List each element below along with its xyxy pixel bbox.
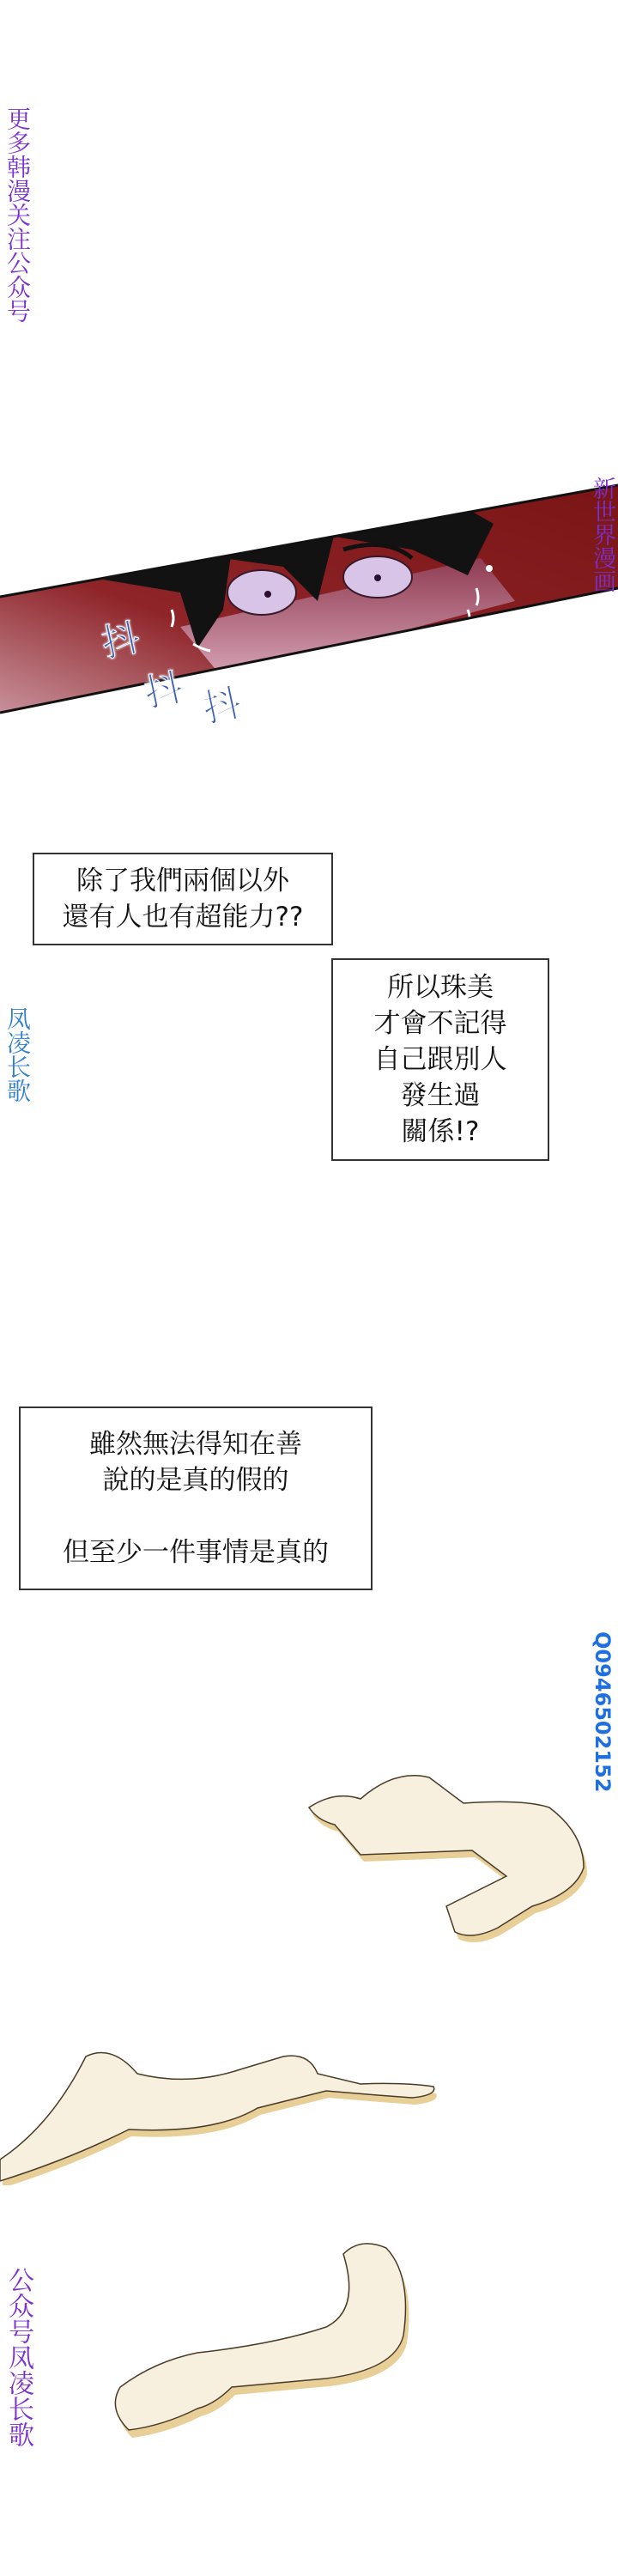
watermark-mid-left: 凤凌长歌 — [5, 1006, 29, 1103]
caption-box-3: 雖然無法得知在善 說的是真的假的 但至少一件事情是真的 — [19, 1406, 373, 1590]
caption-3-line-4: 但至少一件事情是真的 — [21, 1534, 371, 1571]
caption-2-line-5: 關係!? — [333, 1114, 548, 1150]
caption-box-1: 除了我們兩個以外 還有人也有超能力?? — [33, 853, 333, 945]
caption-3-line-2: 說的是真的假的 — [21, 1462, 371, 1498]
figure-silhouette-2 — [0, 2022, 446, 2185]
caption-box-2: 所以珠美 才會不記得 自己跟別人 發生過 關係!? — [331, 958, 549, 1161]
figure-silhouette-1 — [300, 1756, 609, 1945]
caption-3-line-1: 雖然無法得知在善 — [21, 1426, 371, 1462]
caption-1-line-1: 除了我們兩個以外 — [34, 863, 331, 899]
watermark-panel-right: 新世界漫画 — [591, 477, 614, 592]
eyes-panel: 抖 抖 抖 — [0, 464, 618, 721]
caption-2-line-2: 才會不記得 — [333, 1005, 548, 1042]
caption-1-line-2: 還有人也有超能力?? — [34, 899, 331, 935]
watermark-top-left: 更多韩漫关注公众号 — [5, 106, 29, 323]
caption-2-line-3: 自己跟別人 — [333, 1042, 548, 1078]
caption-2-line-1: 所以珠美 — [333, 969, 548, 1005]
caption-3-line-3 — [21, 1498, 371, 1534]
eyes-panel-illustration — [0, 464, 618, 721]
figure-silhouette-3 — [103, 2224, 446, 2447]
caption-2-line-4: 發生過 — [333, 1078, 548, 1114]
watermark-bottom-left: 公众号凤凌长歌 — [5, 2267, 31, 2447]
